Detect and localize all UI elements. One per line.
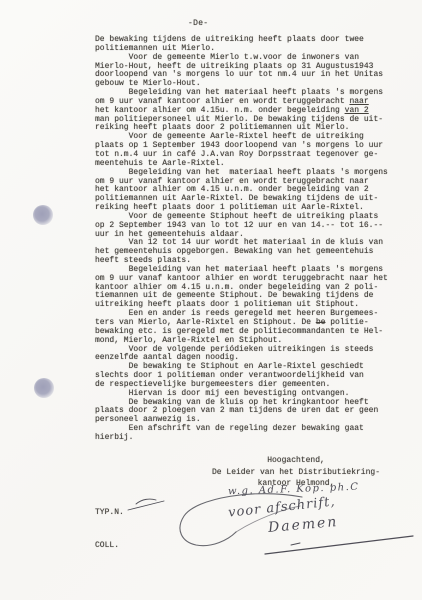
letter-body: De bewaking tijdens de uitreiking heeft … xyxy=(95,36,405,443)
closing-salutation: Hoogachtend, xyxy=(210,455,382,467)
signature-dash xyxy=(291,543,300,545)
signature-underline xyxy=(265,536,413,554)
binder-dot-bottom xyxy=(34,378,54,398)
typist-reference: TYP.N. COLL. xyxy=(95,485,124,573)
binder-dot-top xyxy=(33,205,53,225)
coll-checkmark xyxy=(128,499,164,510)
document-page: -De- De bewaking tijdens de uitreiking h… xyxy=(0,0,422,600)
text-line: Een afschrift van de regeling dezer bewa… xyxy=(95,425,405,434)
text-line: hierbij. xyxy=(95,434,405,443)
coll-label: COLL. xyxy=(95,540,124,551)
handwritten-signature: Daemen xyxy=(267,514,339,536)
typ-label: TYP.N. xyxy=(95,507,124,518)
page-number: -De- xyxy=(188,19,208,28)
closing-sender-title: De Leider van het Distributiekring- xyxy=(210,467,382,479)
